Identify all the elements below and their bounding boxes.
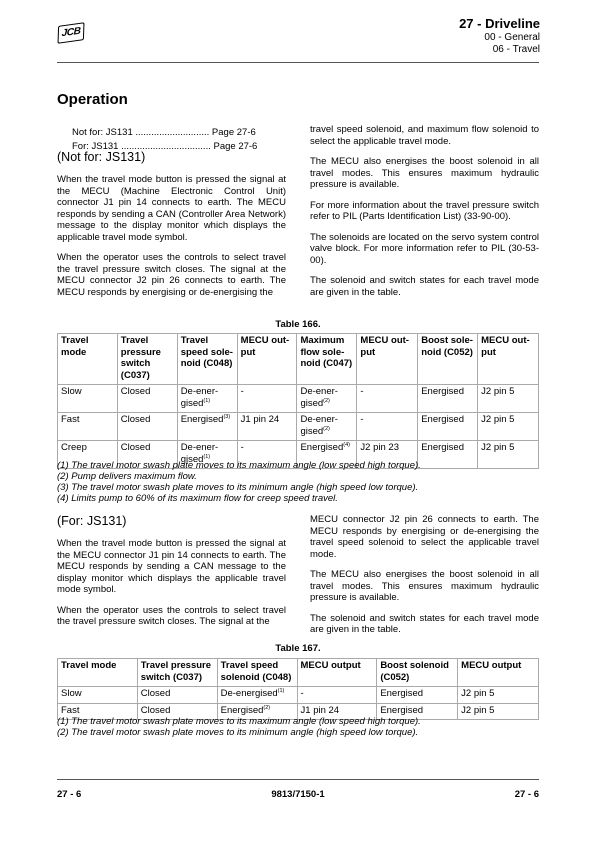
- column-header: Boost solenoid (C052): [377, 659, 458, 687]
- paragraph: For more information about the travel pr…: [310, 200, 539, 223]
- column-header: MECU output: [297, 659, 377, 687]
- table166-caption: Table 166.: [57, 319, 539, 330]
- table-cell: -: [297, 687, 377, 704]
- table-cell: De-energised(1): [217, 687, 297, 704]
- column-header: MECU output: [458, 659, 539, 687]
- footnote: (2) Pump delivers maximum flow.: [57, 471, 421, 482]
- section-title: 00 - General: [459, 32, 540, 44]
- table-cell: Slow: [58, 687, 138, 704]
- table-cell: De-ener-gised(2): [297, 385, 357, 413]
- paragraph: The solenoid and switch states for each …: [310, 613, 539, 636]
- table-cell: J2 pin 5: [458, 703, 539, 720]
- table-cell: Energised: [377, 687, 458, 704]
- footnote-ref[interactable]: (4): [343, 442, 350, 448]
- footnote: (3) The travel motor swash plate moves t…: [57, 482, 421, 493]
- footnote-ref[interactable]: (2): [323, 426, 330, 432]
- paragraph: MECU connector J2 pin 26 connects to ear…: [310, 514, 539, 560]
- footnote-ref[interactable]: (3): [223, 414, 230, 420]
- table-row: SlowClosedDe-energised(1)-EnergisedJ2 pi…: [58, 687, 539, 704]
- page-title: Operation: [57, 91, 128, 108]
- section2-right-column: MECU connector J2 pin 26 connects to ear…: [310, 514, 539, 645]
- table-cell: -: [357, 413, 418, 441]
- column-header: MECU out-put: [237, 334, 297, 385]
- paragraph: When the operator uses the controls to s…: [57, 252, 286, 298]
- toc: Not for: JS131 .........................…: [72, 126, 257, 153]
- footer-doc-number: 9813/7150-1: [57, 789, 539, 800]
- column-header: Travel pressure switch (C037): [117, 334, 177, 385]
- footnote: (1) The travel motor swash plate moves t…: [57, 716, 421, 727]
- section1-left-column: (Not for: JS131) When the travel mode bu…: [57, 150, 286, 307]
- footer-divider: [57, 779, 539, 780]
- column-header: Travel mode: [58, 334, 118, 385]
- table-cell: J2 pin 5: [478, 441, 539, 469]
- table-cell: Fast: [58, 413, 118, 441]
- table166-notes: (1) The travel motor swash plate moves t…: [57, 460, 421, 504]
- page-header: 27 - Driveline 00 - General 06 - Travel: [459, 16, 540, 56]
- table-cell: J2 pin 5: [458, 687, 539, 704]
- table167-notes: (1) The travel motor swash plate moves t…: [57, 716, 421, 738]
- table166: Travel modeTravel pressure switch (C037)…: [57, 333, 539, 469]
- table-cell: Energised: [418, 413, 478, 441]
- table-row: FastClosedEnergised(3)J1 pin 24De-ener-g…: [58, 413, 539, 441]
- column-header: Travel mode: [58, 659, 138, 687]
- table-row: SlowClosedDe-ener-gised(1)-De-ener-gised…: [58, 385, 539, 413]
- paragraph: The solenoids are located on the servo s…: [310, 232, 539, 267]
- paragraph: When the travel mode button is pressed t…: [57, 538, 286, 596]
- table167-caption: Table 167.: [57, 643, 539, 654]
- footnote: (2) The travel motor swash plate moves t…: [57, 727, 421, 738]
- table-cell: J2 pin 5: [478, 413, 539, 441]
- table-cell: Closed: [137, 687, 217, 704]
- paragraph: When the travel mode button is pressed t…: [57, 174, 286, 243]
- table-cell: Energised: [418, 385, 478, 413]
- column-header: Boost sole-noid (C052): [418, 334, 478, 385]
- table-cell: -: [357, 385, 418, 413]
- table-cell: -: [237, 385, 297, 413]
- table-cell: Closed: [117, 413, 177, 441]
- paragraph: The MECU also energises the boost soleno…: [310, 156, 539, 191]
- table-header-row: Travel modeTravel pressure switch (C037)…: [58, 659, 539, 687]
- footnote-ref[interactable]: (2): [323, 398, 330, 404]
- footer-page-right: 27 - 6: [515, 789, 539, 800]
- section1-heading: (Not for: JS131): [57, 150, 286, 165]
- chapter-title: 27 - Driveline: [459, 16, 540, 32]
- footnote-ref[interactable]: (2): [263, 705, 270, 711]
- paragraph: When the operator uses the controls to s…: [57, 605, 286, 628]
- table-cell: Closed: [117, 385, 177, 413]
- paragraph: The solenoid and switch states for each …: [310, 275, 539, 298]
- section2-left-column: (For: JS131) When the travel mode button…: [57, 514, 286, 637]
- table-cell: Energised(3): [177, 413, 237, 441]
- footnote: (1) The travel motor swash plate moves t…: [57, 460, 421, 471]
- table-cell: J2 pin 5: [478, 385, 539, 413]
- table167: Travel modeTravel pressure switch (C037)…: [57, 658, 539, 720]
- column-header: Travel speed sole-noid (C048): [177, 334, 237, 385]
- toc-entry[interactable]: Not for: JS131 .........................…: [72, 126, 257, 140]
- table-cell: Energised: [418, 441, 478, 469]
- column-header: MECU out-put: [478, 334, 539, 385]
- footnote: (4) Limits pump to 60% of its maximum fl…: [57, 493, 421, 504]
- table-cell: De-ener-gised(1): [177, 385, 237, 413]
- footnote-ref[interactable]: (1): [278, 688, 285, 694]
- paragraph: The MECU also energises the boost soleno…: [310, 569, 539, 604]
- subsection-title: 06 - Travel: [459, 44, 540, 56]
- table-cell: De-ener-gised(2): [297, 413, 357, 441]
- header-divider: [57, 62, 539, 63]
- column-header: MECU out-put: [357, 334, 418, 385]
- column-header: Travel speed solenoid (C048): [217, 659, 297, 687]
- column-header: Maximum flow sole-noid (C047): [297, 334, 357, 385]
- table-cell: J1 pin 24: [237, 413, 297, 441]
- footnote-ref[interactable]: (1): [203, 454, 210, 460]
- paragraph: travel speed solenoid, and maximum flow …: [310, 124, 539, 147]
- column-header: Travel pressure switch (C037): [137, 659, 217, 687]
- footnote-ref[interactable]: (1): [203, 398, 210, 404]
- section1-right-column: travel speed solenoid, and maximum flow …: [310, 124, 539, 307]
- table-header-row: Travel modeTravel pressure switch (C037)…: [58, 334, 539, 385]
- table-cell: Slow: [58, 385, 118, 413]
- jcb-logo: JCB: [57, 22, 84, 43]
- section2-heading: (For: JS131): [57, 514, 286, 529]
